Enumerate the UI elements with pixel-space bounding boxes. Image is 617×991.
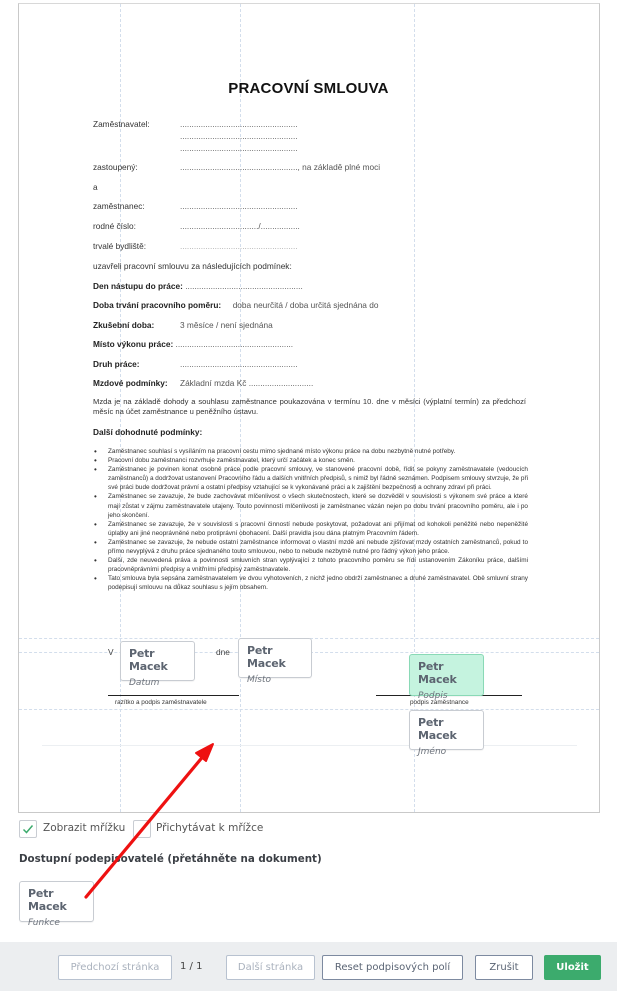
term-workplace: Místo výkonu práce: ....................… (93, 339, 293, 349)
show-grid-checkbox[interactable] (19, 820, 37, 838)
placed-field-date[interactable]: Petr Macek Datum (120, 641, 195, 681)
available-signers-title: Dostupní podepisovatelé (přetáhněte na d… (19, 853, 322, 865)
list-item: Tato smlouva byla sepsána zaměstnavatele… (108, 574, 528, 592)
save-button[interactable]: Uložit (544, 955, 601, 980)
other-terms-heading: Další dohodnuté podmínky: (93, 427, 202, 437)
document-title: PRACOVNÍ SMLOUVA (0, 80, 617, 97)
previous-page-button[interactable]: Předchozí stránka (58, 955, 172, 980)
term-job-type: Druh práce:.............................… (93, 359, 298, 369)
page-indicator: 1 / 1 (180, 961, 202, 972)
date-prefix: dne (216, 647, 230, 657)
field-employer: Zaměstnavatel:..........................… (93, 119, 298, 129)
field-employee: zaměstnanec:............................… (93, 201, 298, 211)
wage-paragraph: Mzda je na základě dohody a souhlasu zam… (93, 397, 526, 417)
reset-signature-fields-button[interactable]: Reset podpisových polí (322, 955, 463, 980)
employer-signature-line (108, 695, 239, 696)
list-item: Zaměstnanec se zavazuje, že v souvislost… (108, 520, 528, 538)
term-probation: Zkušební doba:3 měsíce / není sjednána (93, 320, 273, 330)
list-item: Zaměstnanec se zavazuje, že nebude ostat… (108, 538, 528, 556)
show-grid-label[interactable]: Zobrazit mřížku (43, 822, 125, 834)
next-page-button[interactable]: Další stránka (226, 955, 315, 980)
check-icon (22, 823, 34, 835)
cancel-button[interactable]: Zrušit (475, 955, 533, 980)
field-residence: trvalé bydliště:........................… (93, 241, 298, 251)
field-employer-line2: ........................................… (93, 131, 298, 141)
place-prefix: V (108, 647, 114, 657)
term-wage: Mzdové podmínky:Základní mzda Kč .......… (93, 378, 313, 388)
field-represented: zastoupený:.............................… (93, 162, 380, 172)
term-duration: Doba trvání pracovního poměru: doba neur… (93, 300, 378, 310)
list-item: Zaměstnanec je povinen konat osobně prác… (108, 465, 528, 492)
document-page: PRACOVNÍ SMLOUVA Zaměstnavatel:.........… (0, 0, 617, 813)
placed-field-signature[interactable]: Petr Macek Podpis (409, 654, 484, 696)
list-item: Další, zde neuvedená práva a povinnosti … (108, 556, 528, 574)
intro-text: uzavřeli pracovní smlouvu za následující… (93, 261, 292, 271)
placed-field-place[interactable]: Petr Macek Místo (238, 638, 312, 678)
terms-list: Zaměstnanec souhlasí s vysíláním na prac… (108, 447, 528, 593)
footer-toolbar: Předchozí stránka 1 / 1 Další stránka Re… (0, 942, 617, 991)
field-employer-line3: ........................................… (93, 143, 298, 153)
list-item: Zaměstnanec souhlasí s vysíláním na prac… (108, 447, 528, 456)
available-signer-card[interactable]: Petr Macek Funkce (19, 881, 94, 922)
employer-signature-caption: razítko a podpis zaměstnavatele (115, 699, 207, 706)
term-start-date: Den nástupu do práce: ..................… (93, 281, 303, 291)
snap-to-grid-label[interactable]: Přichytávat k mřížce (156, 822, 263, 834)
placed-field-name[interactable]: Petr Macek Jméno (409, 710, 484, 750)
field-and: a (93, 182, 98, 192)
snap-to-grid-checkbox[interactable] (133, 820, 151, 838)
field-birth-number: rodné číslo:............................… (93, 221, 300, 231)
list-item: Zaměstnanec se zavazuje, že bude zachová… (108, 492, 528, 519)
page-bottom-rule (42, 745, 577, 746)
list-item: Pracovní dobu zaměstnanci rozvrhuje zamě… (108, 456, 528, 465)
